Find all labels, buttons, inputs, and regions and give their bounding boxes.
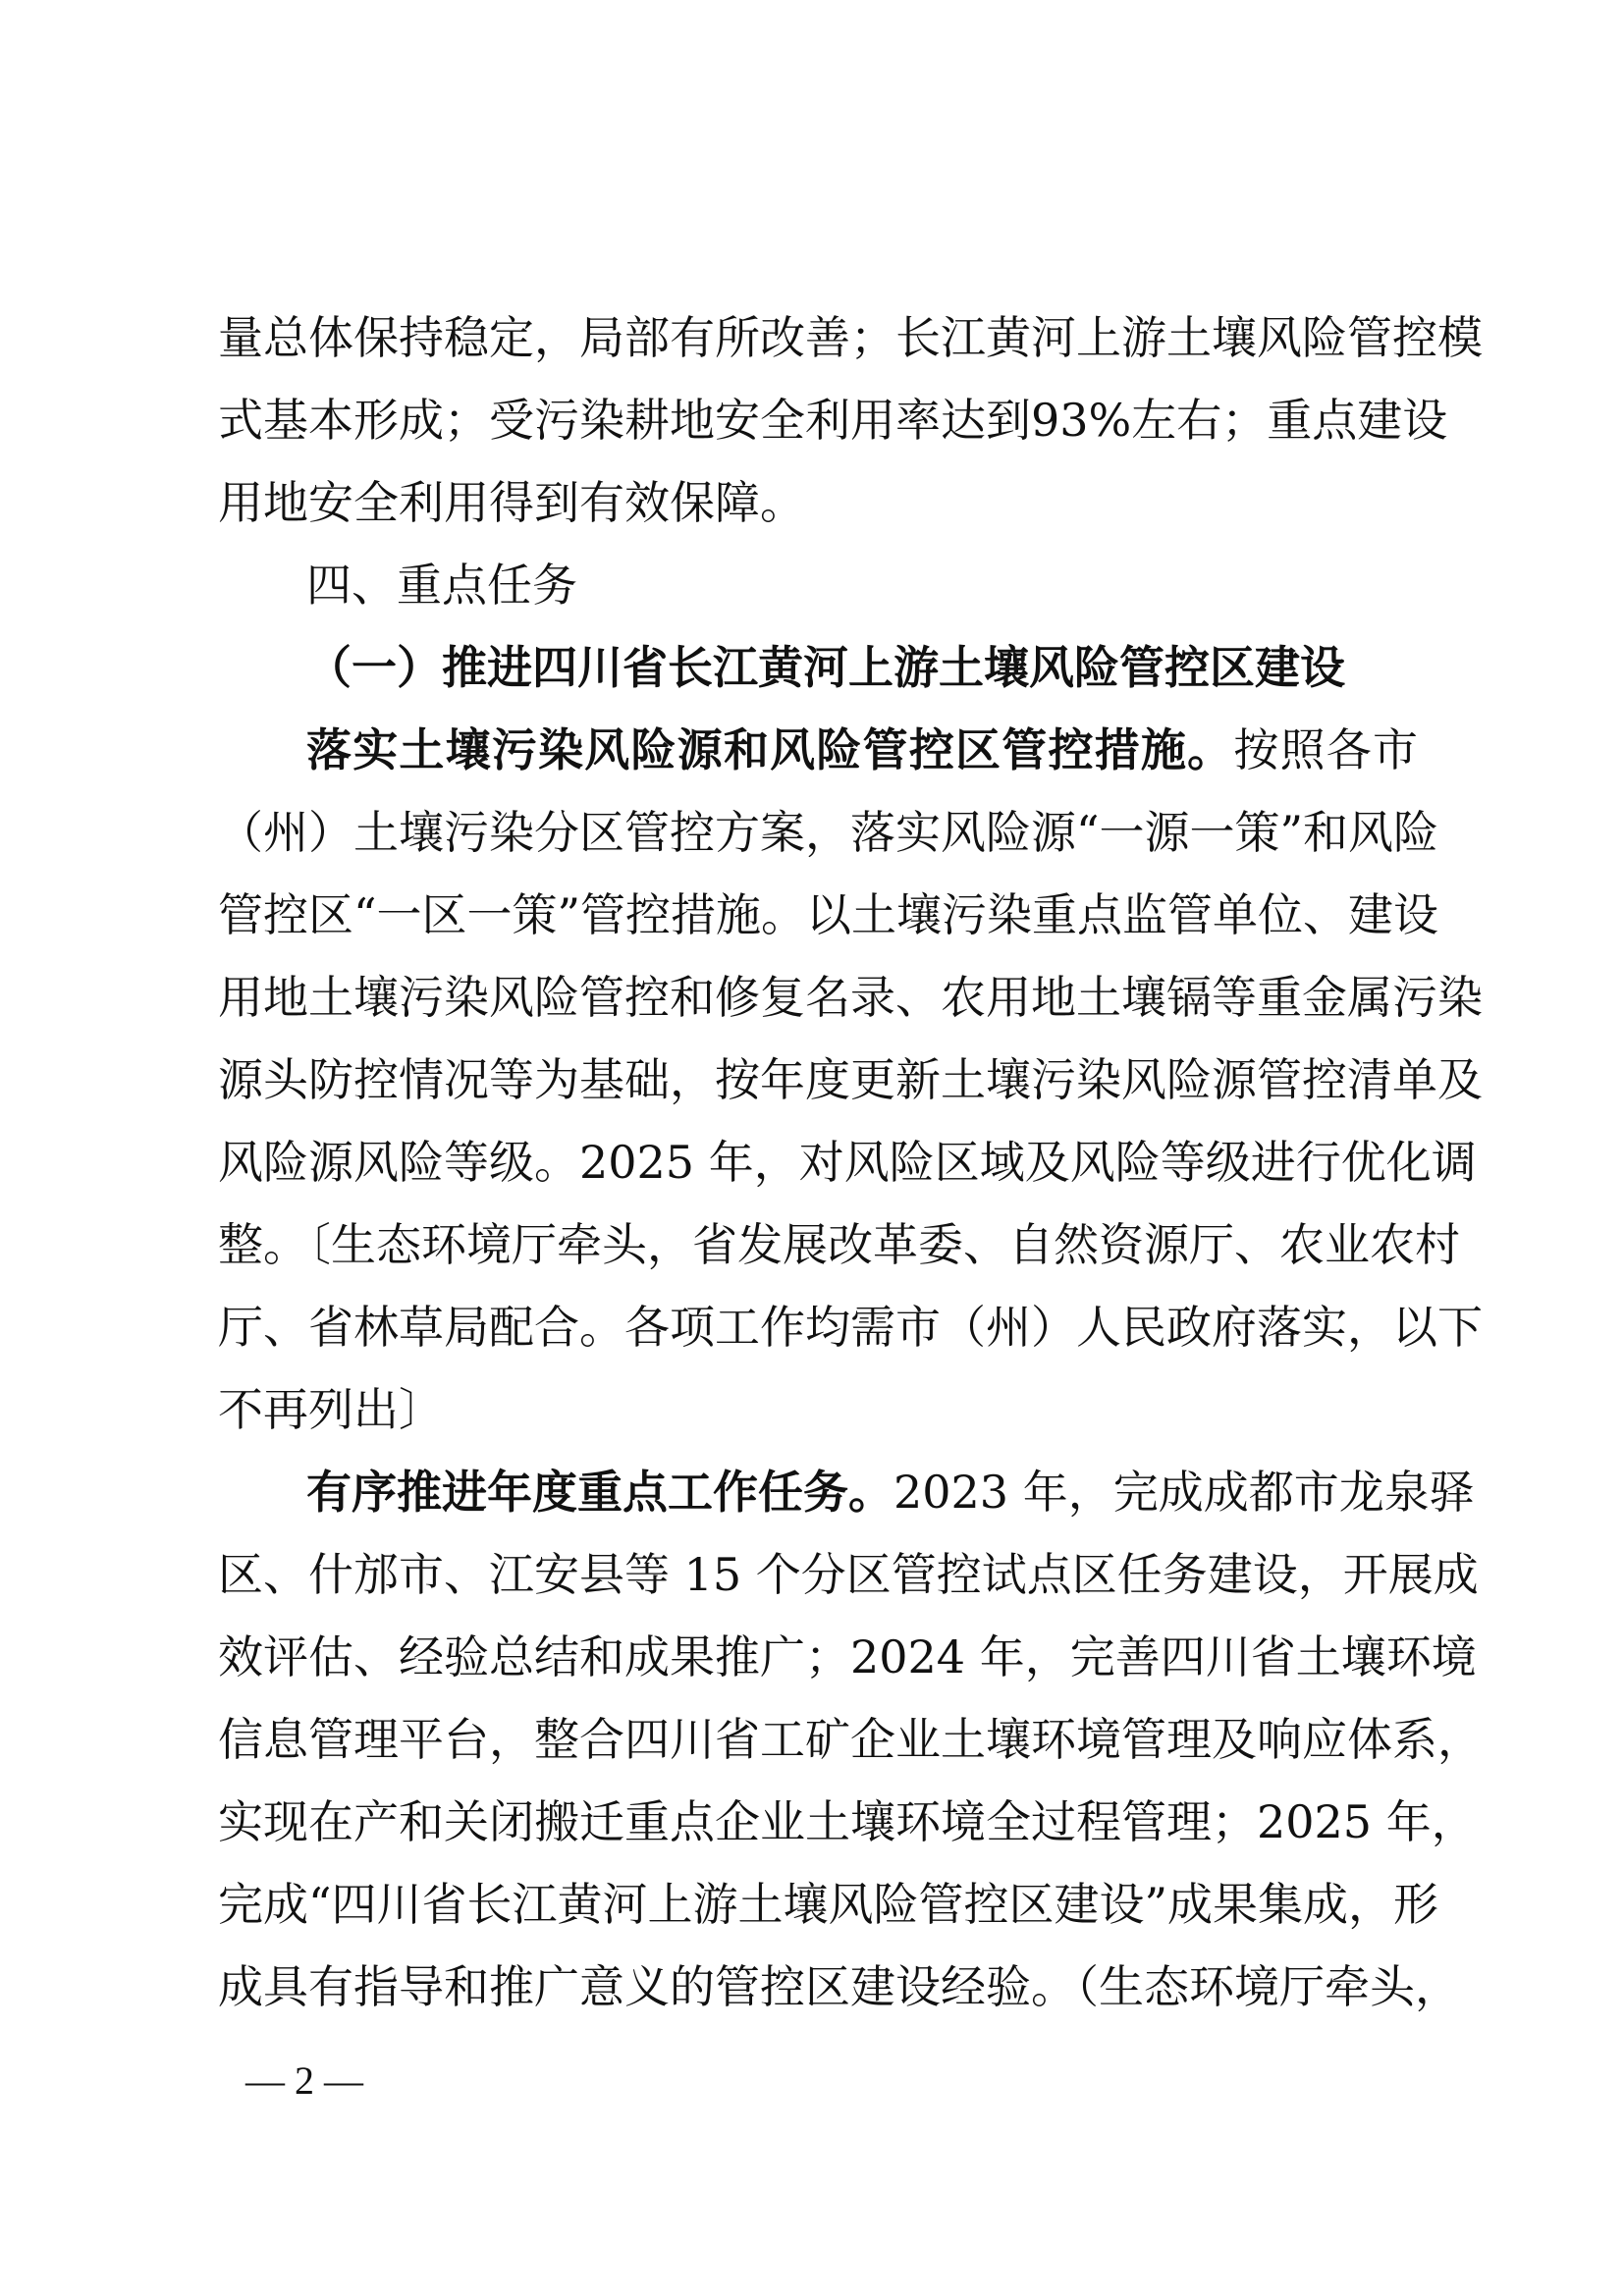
paragraph-2-lead: 有序推进年度重点工作任务。	[306, 1466, 893, 1519]
paragraph-1-line-1: 落实土壤污染风险源和风险管控区管控措施。按照各市	[306, 721, 1418, 803]
paragraph-2-line-7: 成具有指导和推广意义的管控区建设经验。（生态环境厅牵头，	[218, 1957, 1418, 2040]
paragraph-1-text: 按照各市	[1233, 723, 1418, 776]
paragraph-2-line-1: 有序推进年度重点工作任务。2023 年，完成成都市龙泉驿	[306, 1463, 1418, 1545]
paragraph-1-line-9: 不再列出〕	[218, 1380, 1418, 1463]
page-number: — 2 —	[245, 2059, 363, 2103]
body-line-3: 用地安全利用得到有效保障。	[218, 473, 1418, 556]
paragraph-2-line-4: 信息管理平台，整合四川省工矿企业土壤环境管理及响应体系，	[218, 1710, 1418, 1792]
paragraph-2-line-6: 完成“四川省长江黄河上游土壤风险管控区建设”成果集成，形	[218, 1875, 1418, 1957]
paragraph-1-line-8: 厅、省林草局配合。各项工作均需市（州）人民政府落实，以下	[218, 1298, 1418, 1380]
paragraph-1-line-3: 管控区“一区一策”管控措施。以土壤污染重点监管单位、建设	[218, 885, 1418, 968]
paragraph-1-line-4: 用地土壤污染风险管控和修复名录、农用地土壤镉等重金属污染	[218, 968, 1418, 1050]
paragraph-1-line-6: 风险源风险等级。2025 年，对风险区域及风险等级进行优化调	[218, 1133, 1418, 1215]
paragraph-1-lead: 落实土壤污染风险源和风险管控区管控措施。	[306, 723, 1233, 776]
subsection-heading-1: （一）推进四川省长江黄河上游土壤风险管控区建设	[306, 638, 1418, 721]
body-line-1: 量总体保持稳定，局部有所改善；长江黄河上游土壤风险管控模	[218, 308, 1418, 391]
paragraph-2-text: 2023 年，完成成都市龙泉驿	[893, 1466, 1475, 1519]
paragraph-1-line-5: 源头防控情况等为基础，按年度更新土壤污染风险源管控清单及	[218, 1050, 1418, 1133]
paragraph-2-line-2: 区、什邡市、江安县等 15 个分区管控试点区任务建设，开展成	[218, 1545, 1418, 1628]
paragraph-1-line-7: 整。〔生态环境厅牵头，省发展改革委、自然资源厅、农业农村	[218, 1215, 1418, 1298]
paragraph-2-line-3: 效评估、经验总结和成果推广；2024 年，完善四川省土壤环境	[218, 1628, 1418, 1710]
section-heading-key-tasks: 四、重点任务	[306, 556, 1418, 638]
body-line-2: 式基本形成；受污染耕地安全利用率达到93%左右；重点建设	[218, 391, 1418, 473]
paragraph-2-line-5: 实现在产和关闭搬迁重点企业土壤环境全过程管理；2025 年，	[218, 1792, 1418, 1875]
document-page: 量总体保持稳定，局部有所改善；长江黄河上游土壤风险管控模 式基本形成；受污染耕地…	[0, 0, 1624, 2296]
paragraph-1-line-2: （州）土壤污染分区管控方案，落实风险源“一源一策”和风险	[218, 803, 1418, 885]
